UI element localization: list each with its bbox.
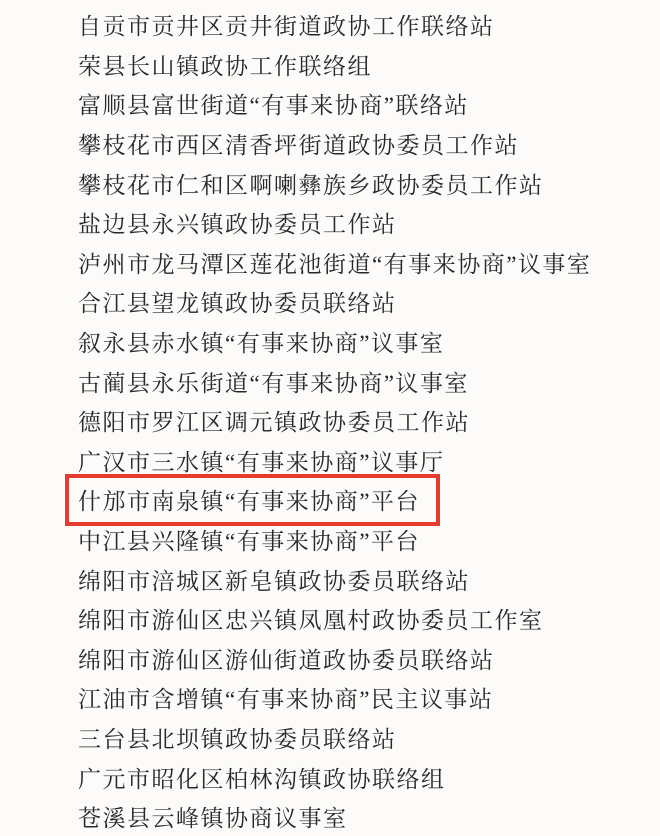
document-list: 自贡市贡井区贡井街道政协工作联络站 荣县长山镇政协工作联络组 富顺县富世街道“有…: [78, 5, 660, 836]
line-text: 富顺县富世街道“有事来协商”联络站: [78, 87, 469, 120]
line-text: 攀枝花市西区清香坪街道政协委员工作站: [78, 127, 519, 160]
list-line: 绵阳市游仙区游仙街道政协委员联络站: [78, 639, 660, 679]
list-line: 叙永县赤水镇“有事来协商”议事室: [78, 322, 660, 362]
line-text: 古蔺县永乐街道“有事来协商”议事室: [78, 365, 469, 398]
scanned-document: { "document": { "background_color": "#fc…: [0, 0, 660, 836]
list-line: 攀枝花市仁和区啊喇彝族乡政协委员工作站: [78, 163, 660, 203]
list-line: 德阳市罗江区调元镇政协委员工作站: [78, 401, 660, 441]
list-line: 荣县长山镇政协工作联络组: [78, 45, 660, 85]
line-text: 绵阳市游仙区忠兴镇凤凰村政协委员工作室: [78, 602, 544, 635]
list-line: 中江县兴隆镇“有事来协商”平台: [78, 520, 660, 560]
highlighted-line-text: 什邡市南泉镇“有事来协商”平台: [78, 483, 420, 516]
line-text: 荣县长山镇政协工作联络组: [78, 48, 372, 81]
list-line: 绵阳市涪城区新皂镇政协委员联络站: [78, 559, 660, 599]
list-line: 合江县望龙镇政协委员联络站: [78, 282, 660, 322]
list-line: 富顺县富世街道“有事来协商”联络站: [78, 84, 660, 124]
list-line: 泸州市龙马潭区莲花池街道“有事来协商”议事室: [78, 243, 660, 283]
line-text: 广汉市三水镇“有事来协商”议事厅: [78, 444, 444, 477]
list-line: 江油市含增镇“有事来协商”民主议事站: [78, 678, 660, 718]
line-text: 自贡市贡井区贡井街道政协工作联络站: [78, 8, 495, 41]
list-line: 三台县北坝镇政协委员联络站: [78, 718, 660, 758]
line-text: 盐边县永兴镇政协委员工作站: [78, 206, 397, 239]
line-text: 绵阳市游仙区游仙街道政协委员联络站: [78, 642, 495, 675]
list-line: 自贡市贡井区贡井街道政协工作联络站: [78, 5, 660, 45]
line-text: 德阳市罗江区调元镇政协委员工作站: [78, 404, 470, 437]
line-text: 三台县北坝镇政协委员联络站: [78, 721, 397, 754]
line-text: 攀枝花市仁和区啊喇彝族乡政协委员工作站: [78, 167, 544, 200]
line-text: 中江县兴隆镇“有事来协商”平台: [78, 523, 420, 556]
line-text: 绵阳市涪城区新皂镇政协委员联络站: [78, 563, 470, 596]
line-text: 广元市昭化区柏林沟镇政协联络组: [78, 761, 446, 794]
line-text: 苍溪县云峰镇协商议事室: [78, 800, 348, 833]
list-line: 盐边县永兴镇政协委员工作站: [78, 203, 660, 243]
list-line: 攀枝花市西区清香坪街道政协委员工作站: [78, 124, 660, 164]
list-line: 古蔺县永乐街道“有事来协商”议事室: [78, 361, 660, 401]
list-line: 苍溪县云峰镇协商议事室: [78, 797, 660, 836]
list-line: 广元市昭化区柏林沟镇政协联络组: [78, 757, 660, 797]
line-text: 合江县望龙镇政协委员联络站: [78, 285, 397, 318]
line-text: 泸州市龙马潭区莲花池街道“有事来协商”议事室: [78, 246, 591, 279]
line-text: 江油市含增镇“有事来协商”民主议事站: [78, 681, 493, 714]
list-line: 绵阳市游仙区忠兴镇凤凰村政协委员工作室: [78, 599, 660, 639]
line-text: 叙永县赤水镇“有事来协商”议事室: [78, 325, 444, 358]
list-line-highlighted: 什邡市南泉镇“有事来协商”平台: [78, 480, 660, 520]
red-highlight-box: 什邡市南泉镇“有事来协商”平台: [65, 474, 440, 526]
